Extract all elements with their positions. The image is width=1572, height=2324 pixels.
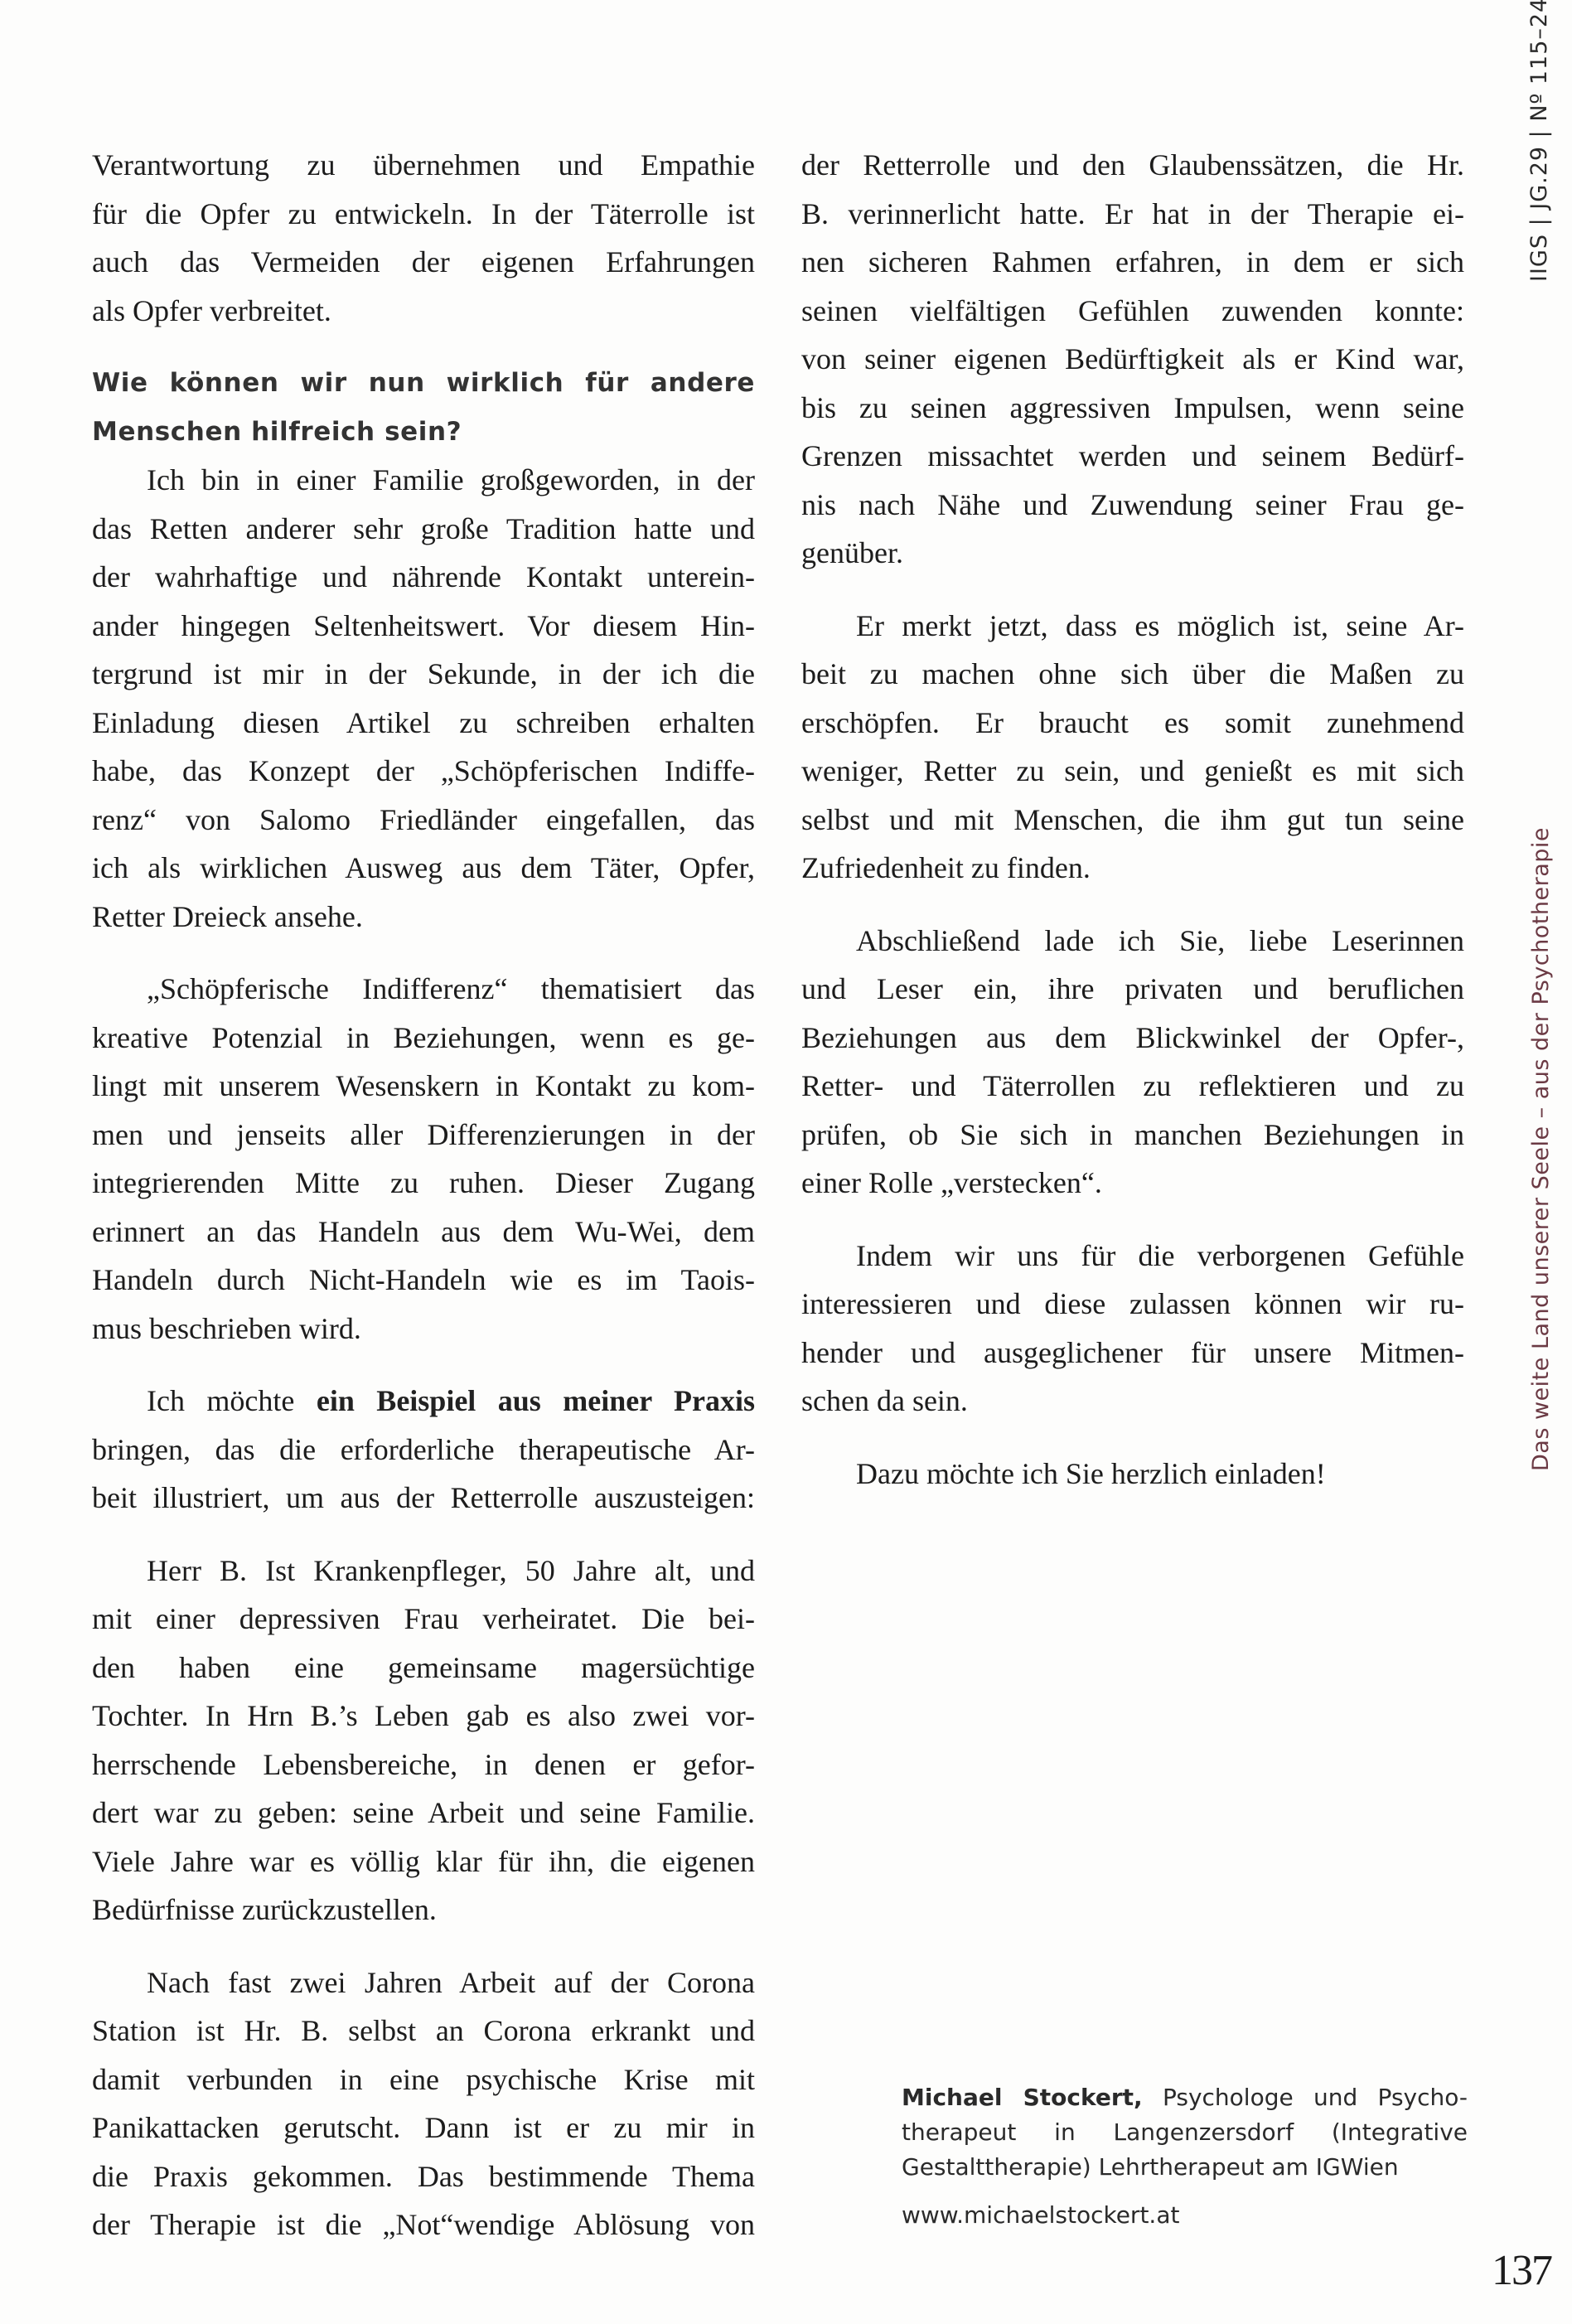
paragraph-example-intro: Ich möchte ein Beispiel aus meiner Praxi…	[92, 1377, 755, 1523]
text-line: Abschließend lade ich Sie, liebe Leserin…	[801, 917, 1464, 966]
bio-text: Psychologe und Psycho-	[1143, 2084, 1468, 2111]
text-fragment: Ich möchte	[147, 1384, 317, 1417]
text-line: Nach fast zwei Jahren Arbeit auf der Cor…	[92, 1958, 755, 2007]
text-line: weniger, Retter zu sein, und genießt es …	[801, 747, 1464, 796]
text-line: ich als wirklichen Ausweg aus dem Täter,…	[92, 844, 755, 893]
bio-line: Gestalttherapie) Lehrtherapeut am IGWien	[902, 2150, 1468, 2185]
text-line: bringen, das die erforderliche therapeut…	[92, 1426, 755, 1474]
page-number: 137	[1492, 2246, 1551, 2295]
text-line: als Opfer verbreitet.	[92, 287, 755, 336]
series-label: Das weite Land unserer Seele – aus der P…	[1528, 827, 1554, 1471]
paragraph-feelings: Indem wir uns für die verborgenen Gefühl…	[801, 1232, 1464, 1426]
text-line: genüber.	[801, 529, 1464, 578]
paragraph-closing: Dazu möchte ich Sie herzlich einladen!	[801, 1450, 1464, 1498]
text-line: damit verbunden in eine psychische Krise…	[92, 2055, 755, 2104]
text-line: von seiner eigenen Bedürftigkeit als er …	[801, 335, 1464, 384]
text-line: Bedürfnisse zurückzustellen.	[92, 1886, 755, 1934]
text-line: Verantwortung zu übernehmen und Empathie	[92, 141, 755, 190]
left-column: Verantwortung zu übernehmen und Empathie…	[92, 141, 755, 2249]
text-line: der Retterrolle und den Glaubenssätzen, …	[801, 141, 1464, 190]
text-line: Tochter. In Hrn B.’s Leben gab es also z…	[92, 1692, 755, 1741]
text-line: hender und ausgeglichener für unsere Mit…	[801, 1329, 1464, 1377]
text-line: für die Opfer zu entwickeln. In der Täte…	[92, 190, 755, 239]
text-line: bis zu seinen aggressiven Impulsen, wenn…	[801, 384, 1464, 433]
paragraph-herr-b: Herr B. Ist Krankenpfleger, 50 Jahre alt…	[92, 1547, 755, 1934]
text-line: Grenzen missachtet werden und seinem Bed…	[801, 432, 1464, 481]
text-line: Viele Jahre war es völlig klar für ihn, …	[92, 1837, 755, 1886]
issue-label: IIGS | JG.29 | Nº 115–24	[1526, 0, 1552, 282]
text-line: Zufriedenheit zu finden.	[801, 844, 1464, 893]
heading-line: Menschen hilfreich sein?	[92, 408, 755, 457]
text-line: erschöpfen. Er braucht es somit zunehmen…	[801, 699, 1464, 748]
bio-line: therapeut in Langenzersdorf (Integrative	[902, 2115, 1468, 2150]
text-line: der wahrhaftige und nährende Kontakt unt…	[92, 553, 755, 602]
text-line: beit illustriert, um aus der Retterrolle…	[92, 1474, 755, 1523]
paragraph-indifference: „Schöpferische Indifferenz“ thematisiert…	[92, 965, 755, 1353]
text-line: lingt mit unserem Wesenskern in Kontakt …	[92, 1062, 755, 1111]
text-line: Panikattacken gerutscht. Dann ist er zu …	[92, 2104, 755, 2152]
text-line: Ich bin in einer Familie großgeworden, i…	[92, 456, 755, 505]
text-line: Retter Dreieck ansehe.	[92, 893, 755, 942]
text-line: renz“ von Salomo Friedländer eingefallen…	[92, 796, 755, 845]
author-bio: Michael Stockert, Psychologe und Psycho-…	[902, 2080, 1468, 2233]
text-line: nen sicheren Rahmen erfahren, in dem er …	[801, 238, 1464, 287]
text-line: mit einer depressiven Frau verheiratet. …	[92, 1595, 755, 1644]
paragraph-progress: Er merkt jetzt, dass es möglich ist, sei…	[801, 602, 1464, 893]
text-line: interessieren und diese zulassen können …	[801, 1280, 1464, 1329]
text-line: kreative Potenzial in Beziehungen, wenn …	[92, 1014, 755, 1063]
text-line: Ich möchte ein Beispiel aus meiner Praxi…	[92, 1377, 755, 1426]
emphasis-text: ein Beispiel aus meiner Praxis	[317, 1384, 755, 1417]
text-line: „Schöpferische Indifferenz“ thematisiert…	[92, 965, 755, 1014]
text-line: Station ist Hr. B. selbst an Corona erkr…	[92, 2007, 755, 2055]
paragraph-corona: Nach fast zwei Jahren Arbeit auf der Cor…	[92, 1958, 755, 2249]
text-line: Einladung diesen Artikel zu schreiben er…	[92, 699, 755, 748]
text-line: integrierenden Mitte zu ruhen. Dieser Zu…	[92, 1159, 755, 1208]
text-line: Handeln durch Nicht-Handeln wie es im Ta…	[92, 1256, 755, 1305]
author-name: Michael Stockert,	[902, 2084, 1143, 2111]
text-line: seinen vielfältigen Gefühlen zuwenden ko…	[801, 287, 1464, 336]
text-line: herrschende Lebensbereiche, in denen er …	[92, 1741, 755, 1789]
text-line: beit zu machen ohne sich über die Maßen …	[801, 650, 1464, 699]
bio-line: Michael Stockert, Psychologe und Psycho-	[902, 2080, 1468, 2115]
author-website-link[interactable]: www.michaelstockert.at	[902, 2198, 1468, 2233]
text-line: und Leser ein, ihre privaten und berufli…	[801, 965, 1464, 1014]
right-column: der Retterrolle und den Glaubenssätzen, …	[801, 141, 1464, 1498]
text-line: nis nach Nähe und Zuwendung seiner Frau …	[801, 481, 1464, 530]
text-line: men und jenseits aller Differenzierungen…	[92, 1111, 755, 1160]
paragraph-therapy: der Retterrolle und den Glaubenssätzen, …	[801, 141, 1464, 578]
text-line: schen da sein.	[801, 1377, 1464, 1426]
text-line: das Retten anderer sehr große Tradition …	[92, 505, 755, 554]
text-line: selbst und mit Menschen, die ihm gut tun…	[801, 796, 1464, 845]
text-line: Indem wir uns für die verborgenen Gefühl…	[801, 1232, 1464, 1281]
text-line: dert war zu geben: seine Arbeit und sein…	[92, 1789, 755, 1837]
text-line: erinnert an das Handeln aus dem Wu-Wei, …	[92, 1208, 755, 1256]
text-line: der Therapie ist die „Not“wendige Ablösu…	[92, 2201, 755, 2249]
text-line: einer Rolle „verstecken“.	[801, 1159, 1464, 1208]
text-line: Retter- und Täterrollen zu reflektieren …	[801, 1062, 1464, 1111]
text-line: den haben eine gemeinsame magersüchtige	[92, 1644, 755, 1692]
text-line: Er merkt jetzt, dass es möglich ist, sei…	[801, 602, 1464, 651]
magazine-page: Verantwortung zu übernehmen und Empathie…	[0, 0, 1572, 2324]
section-heading: Wie können wir nun wirklich für andere M…	[92, 359, 755, 456]
paragraph-family: Ich bin in einer Familie großgeworden, i…	[92, 456, 755, 941]
heading-line: Wie können wir nun wirklich für andere	[92, 359, 755, 408]
text-line: habe, das Konzept der „Schöpferischen In…	[92, 747, 755, 796]
text-line: die Praxis gekommen. Das bestimmende The…	[92, 2152, 755, 2201]
text-line: tergrund ist mir in der Sekunde, in der …	[92, 650, 755, 699]
paragraph-empathy: Verantwortung zu übernehmen und Empathie…	[92, 141, 755, 335]
text-line: B. verinnerlicht hatte. Er hat in der Th…	[801, 190, 1464, 239]
text-line: mus beschrieben wird.	[92, 1305, 755, 1353]
text-line: Beziehungen aus dem Blickwinkel der Opfe…	[801, 1014, 1464, 1063]
paragraph-invitation: Abschließend lade ich Sie, liebe Leserin…	[801, 917, 1464, 1208]
text-line: prüfen, ob Sie sich in manchen Beziehung…	[801, 1111, 1464, 1160]
text-line: auch das Vermeiden der eigenen Erfahrung…	[92, 238, 755, 287]
text-line: Herr B. Ist Krankenpfleger, 50 Jahre alt…	[92, 1547, 755, 1595]
text-line: Dazu möchte ich Sie herzlich einladen!	[801, 1450, 1464, 1498]
text-line: ander hingegen Seltenheitswert. Vor dies…	[92, 602, 755, 651]
